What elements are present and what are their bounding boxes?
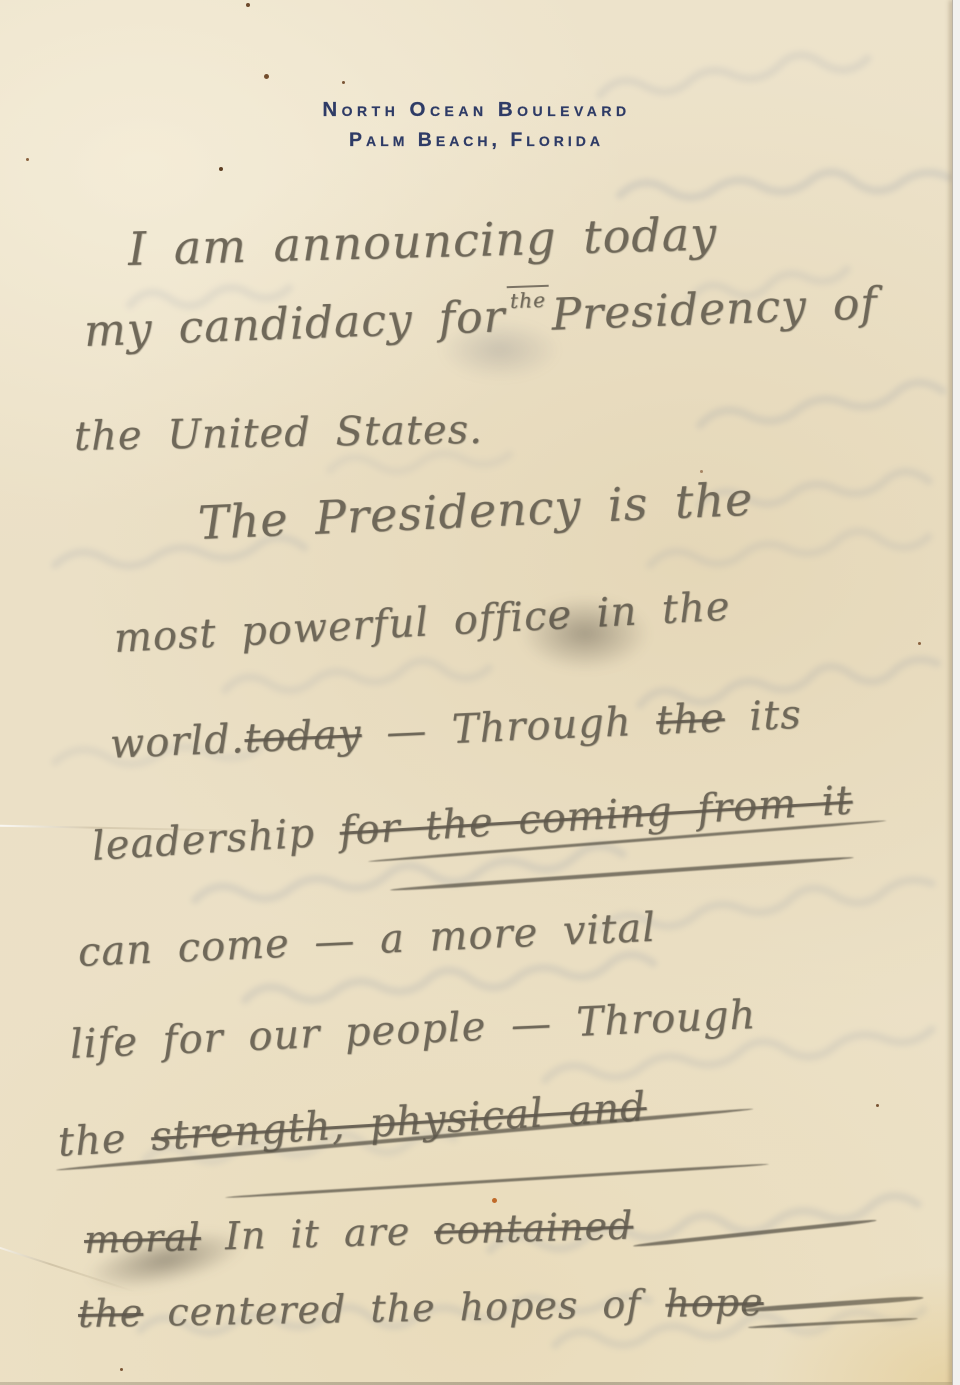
manuscript-line: the United States.	[74, 407, 484, 460]
foxing-speck	[876, 1104, 879, 1107]
struck-text: the	[78, 1291, 144, 1336]
struck-text: the	[655, 695, 725, 744]
manuscript-line: The Presidency is the	[197, 472, 754, 550]
manuscript-text: its	[724, 692, 803, 741]
manuscript-line: world.today — Through the its	[109, 692, 803, 768]
manuscript-line: leadership for the coming from it	[91, 778, 854, 870]
letterhead-line1: North Ocean Boulevard	[0, 98, 953, 122]
scanner-edge-strip	[952, 0, 960, 1385]
manuscript-line: life for our people — Through	[69, 992, 757, 1068]
manuscript-text: Presidency of	[551, 278, 879, 340]
manuscript-text: can come — a more vital	[77, 905, 657, 976]
struck-text: contained	[434, 1204, 634, 1253]
manuscript-text: the United States.	[74, 407, 484, 460]
foxing-speck	[342, 81, 345, 84]
foxing-speck	[918, 642, 921, 645]
manuscript-text: centered the hopes of	[143, 1282, 666, 1335]
foxing-speck	[264, 74, 269, 79]
manuscript-text: — Through	[361, 698, 658, 757]
foxing-speck	[492, 1198, 497, 1203]
foxing-speck	[26, 158, 29, 161]
paper-stain	[763, 1265, 953, 1385]
manuscript-text: The Presidency is the	[197, 472, 754, 550]
struck-text: hope	[665, 1280, 764, 1326]
manuscript-line: the centered the hopes of hope	[78, 1280, 764, 1336]
manuscript-text: world.	[109, 716, 245, 768]
inserted-word: the	[506, 284, 549, 312]
strikethrough-mark	[225, 1163, 769, 1199]
bleedthrough-ink-marks	[0, 0, 960, 1385]
letterhead: North Ocean Boulevard Palm Beach, Florid…	[0, 98, 953, 152]
foxing-speck	[219, 167, 223, 171]
strikethrough-mark	[390, 856, 854, 892]
erasure-smudge	[440, 320, 560, 380]
foxing-speck	[120, 1368, 123, 1371]
scanned-letter-page: North Ocean Boulevard Palm Beach, Florid…	[0, 0, 960, 1385]
foxing-speck	[700, 470, 703, 473]
manuscript-line: I am announcing today	[127, 207, 718, 276]
manuscript-text: leadership	[91, 809, 341, 870]
foxing-speck	[246, 3, 250, 7]
strikethrough-mark	[633, 1218, 877, 1248]
letterhead-line2: Palm Beach, Florida	[0, 129, 953, 152]
manuscript-text: the	[57, 1114, 153, 1166]
manuscript-text: life for our people — Through	[69, 992, 757, 1068]
pencil-smudge	[520, 596, 650, 671]
manuscript-line: can come — a more vital	[77, 905, 657, 976]
struck-text: today	[243, 711, 362, 762]
manuscript-text: I am announcing today	[127, 207, 718, 276]
